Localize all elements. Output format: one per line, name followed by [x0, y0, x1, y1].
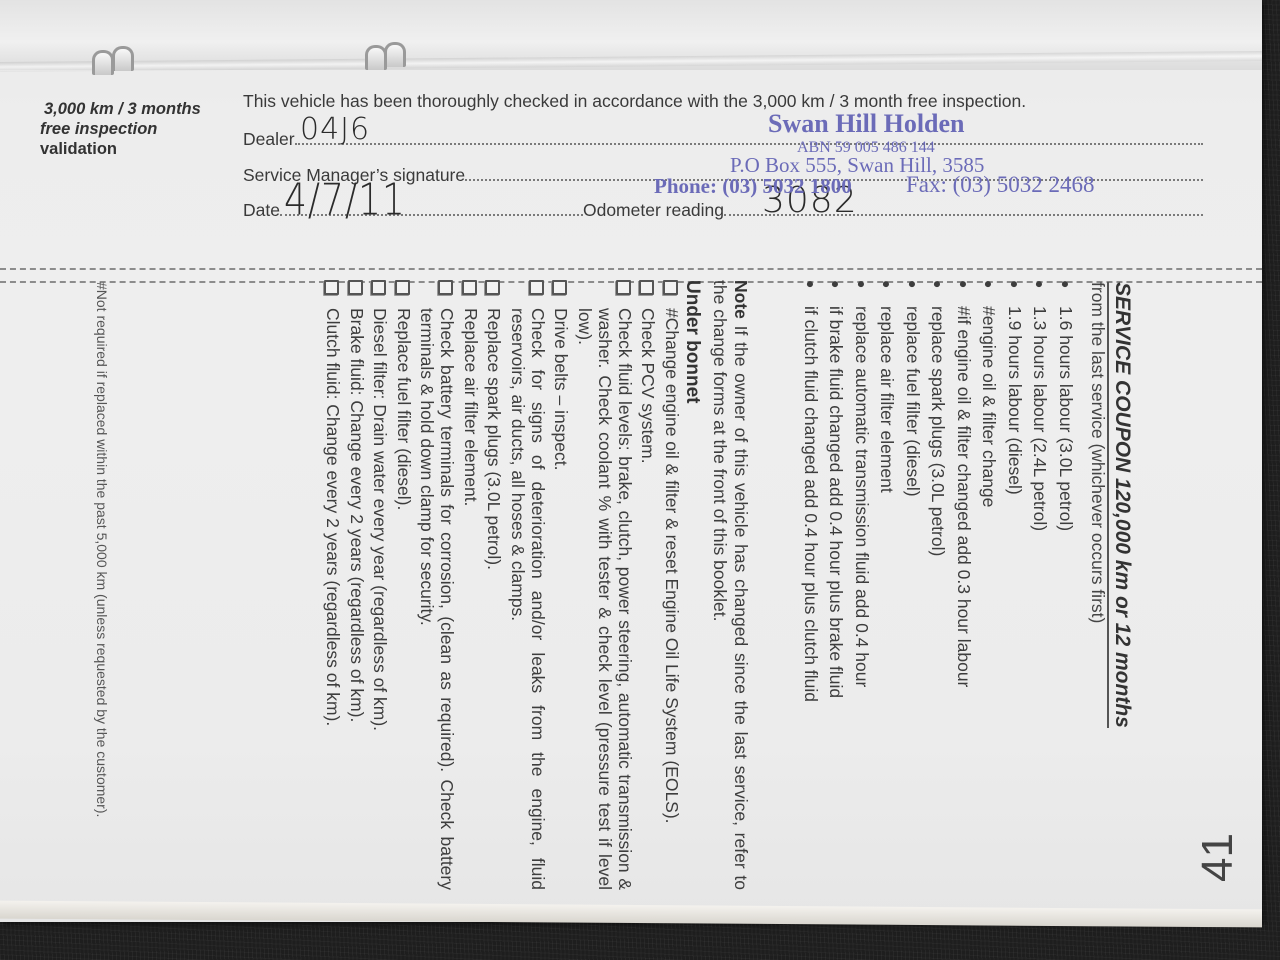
validation-heading-line1: 3,000 km / 3 months	[40, 99, 240, 119]
list-item: ●replace automatic transmission fluid ad…	[849, 280, 875, 920]
validation-heading: 3,000 km / 3 months free inspection vali…	[40, 99, 240, 159]
note-text: If the owner of this vehicle has changed…	[710, 280, 751, 890]
dealer-handwritten-value: 04J6	[300, 112, 370, 147]
binder-ring-icon	[384, 42, 406, 67]
validation-heading-line2: free inspection	[40, 119, 240, 139]
dealer-label: Dealer	[243, 129, 295, 150]
coupon-title: SERVICE COUPON 120,000 km or 12 months	[1107, 282, 1134, 728]
booklet-page: 3,000 km / 3 months free inspection vali…	[0, 0, 1262, 922]
bullet-icon: ●	[900, 280, 926, 306]
checklist-item[interactable]: Replace fuel filter (diesel).	[394, 280, 414, 890]
page-number: 41	[1193, 833, 1243, 882]
checklist-item[interactable]: Check fluid levels: brake, clutch, power…	[575, 280, 635, 890]
under-bonnet-heading: Under bonnet	[681, 280, 703, 404]
checkbox[interactable]	[616, 280, 631, 295]
checkbox[interactable]	[640, 280, 655, 295]
checklist-item[interactable]: Check PCV system.	[639, 280, 659, 890]
note-label: Note	[731, 280, 751, 319]
bullet-icon: ●	[976, 280, 1002, 306]
date-label: Date	[243, 200, 280, 221]
perforation-line	[0, 268, 1262, 270]
bullet-icon: ●	[874, 280, 900, 306]
bullet-icon: ●	[1053, 280, 1079, 306]
list-item: ●replace fuel filter (diesel)	[900, 280, 926, 920]
ownership-note: Note If the owner of this vehicle has ch…	[709, 280, 751, 890]
checkbox[interactable]	[553, 280, 568, 295]
checklist-item[interactable]: Brake fluid: Change every 2 years (regar…	[347, 280, 367, 890]
list-item: ●if brake fluid changed add 0.4 hour plu…	[823, 280, 849, 920]
coupon-subtitle: from the last service (whichever occurs …	[1087, 282, 1108, 623]
checklist-item[interactable]: Replace spark plugs (3.0L petrol).	[485, 280, 505, 890]
bullet-icon: ●	[823, 280, 849, 306]
list-item: ●if clutch fluid changed add 0.4 hour pl…	[798, 280, 824, 920]
bullet-icon: ●	[951, 280, 977, 306]
service-coupon: SERVICE COUPON 120,000 km or 12 months f…	[30, 280, 1140, 900]
checkbox[interactable]	[486, 280, 501, 295]
checkbox[interactable]	[348, 280, 363, 295]
under-bonnet-checklist: #Change engine oil & filter & reset Engi…	[320, 280, 682, 890]
date-handwritten-value: 4/7/11	[284, 176, 406, 225]
checkbox[interactable]	[529, 280, 544, 295]
stamp-dealer-name: Swan Hill Holden	[768, 109, 965, 139]
bullet-icon: ●	[925, 280, 951, 306]
validation-heading-line3: validation	[40, 139, 240, 159]
list-item: ●#if engine oil & filter changed add 0.3…	[951, 280, 977, 920]
checklist-item[interactable]: Replace air filter element.	[461, 280, 481, 890]
checkbox[interactable]	[325, 280, 340, 295]
checklist-item[interactable]: Check for signs of deterioration and/or …	[508, 280, 548, 890]
binder-ring-icon	[92, 50, 114, 75]
checkbox[interactable]	[462, 280, 477, 295]
stamp-fax: Fax: (03) 5032 2468	[906, 172, 1094, 198]
odometer-label: Odometer reading	[583, 200, 724, 221]
list-item: ●replace air filter element	[874, 280, 900, 920]
checkbox[interactable]	[372, 280, 387, 295]
checklist-item[interactable]: #Change engine oil & filter & reset Engi…	[662, 280, 682, 890]
bullet-icon: ●	[1027, 280, 1053, 306]
bullet-icon: ●	[1002, 280, 1028, 306]
labour-list: ●1.6 hours labour (3.0L petrol) ●1.3 hou…	[798, 280, 1079, 920]
footnote: #Not required if replaced within the pas…	[93, 282, 110, 842]
checklist-item[interactable]: Check battery terminals for corrosion, (…	[418, 280, 458, 890]
list-item: ●replace spark plugs (3.0L petrol)	[925, 280, 951, 920]
list-item: ●1.6 hours labour (3.0L petrol)	[1053, 280, 1079, 920]
list-item: ●1.3 hours labour (2.4L petrol)	[1027, 280, 1053, 920]
checkbox[interactable]	[663, 280, 678, 295]
list-item: ●#engine oil & filter change	[976, 280, 1002, 920]
dealer-field[interactable]: Dealer	[243, 129, 1203, 150]
bullet-icon: ●	[849, 280, 875, 306]
checklist-item[interactable]: Drive belts – inspect.	[552, 280, 572, 890]
checkbox[interactable]	[395, 280, 410, 295]
checklist-item[interactable]: Diesel filter: Drain water every year (r…	[371, 280, 391, 890]
dealer-dotted-line	[295, 143, 1203, 145]
checkbox[interactable]	[439, 280, 454, 295]
stamp-phone: Phone: (03) 5032 1800	[654, 174, 852, 199]
binder-ring-icon	[112, 46, 134, 71]
bullet-icon: ●	[798, 280, 824, 306]
checklist-item[interactable]: Clutch fluid: Change every 2 years (rega…	[324, 280, 344, 890]
list-item: ●1.9 hours labour (diesel)	[1002, 280, 1028, 920]
